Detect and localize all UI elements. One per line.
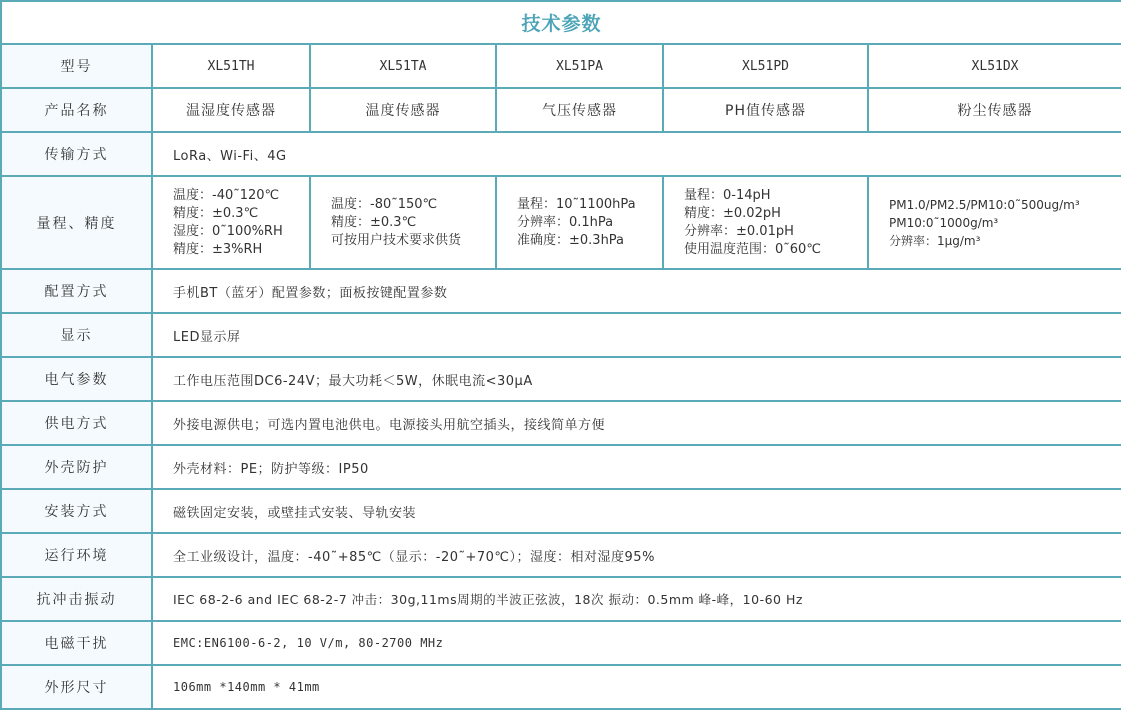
emi-value: EMC:EN6100-6-2, 10 V/m, 80-2700 MHz (152, 621, 1121, 665)
product-name-value: 温湿度传感器 (152, 88, 310, 132)
row-product-name: 产品名称 温湿度传感器 温度传感器 气压传感器 PH值传感器 粉尘传感器 (1, 88, 1121, 132)
range-line: 量程：10˜1100hPa (517, 196, 662, 214)
row-label-electrical: 电气参数 (1, 357, 152, 401)
row-range-accuracy: 量程、精度 温度：-40˜120℃ 精度：±0.3℃ 湿度：0˜100%RH 精… (1, 176, 1121, 269)
range-line: 精度：±0.02pH (684, 205, 867, 223)
row-config: 配置方式 手机BT（蓝牙）配置参数；面板按键配置参数 (1, 269, 1121, 313)
row-electrical: 电气参数 工作电压范围DC6-24V；最大功耗＜5W，休眠电流<30μA (1, 357, 1121, 401)
range-line: PM1.0/PM2.5/PM10:0˜500ug/m³ (889, 196, 1121, 214)
range-line: 湿度：0˜100%RH (173, 223, 309, 241)
row-transmission: 传输方式 LoRa、Wi-Fi、4G (1, 132, 1121, 176)
model-value: XL51TH (152, 44, 310, 88)
range-cell-xl51ta: 温度：-80˜150℃ 精度：±0.3℃ 可按用户技术要求供货 (310, 176, 496, 269)
range-line: 分辨率：1μg/m³ (889, 232, 1121, 250)
row-emi: 电磁干扰 EMC:EN6100-6-2, 10 V/m, 80-2700 MHz (1, 621, 1121, 665)
row-power: 供电方式 外接电源供电；可选内置电池供电。电源接头用航空插头，接线简单方便 (1, 401, 1121, 445)
row-dimensions: 外形尺寸 106mm *140mm * 41mm (1, 665, 1121, 709)
power-value: 外接电源供电；可选内置电池供电。电源接头用航空插头，接线简单方便 (152, 401, 1121, 445)
range-cell-xl51pd: 量程：0-14pH 精度：±0.02pH 分辨率：±0.01pH 使用温度范围：… (663, 176, 868, 269)
range-line: 温度：-80˜150℃ (331, 196, 495, 214)
config-value: 手机BT（蓝牙）配置参数；面板按键配置参数 (152, 269, 1121, 313)
row-label-display: 显示 (1, 313, 152, 357)
row-label-model: 型号 (1, 44, 152, 88)
display-value: LED显示屏 (152, 313, 1121, 357)
model-value: XL51TA (310, 44, 496, 88)
row-label-transmission: 传输方式 (1, 132, 152, 176)
range-line: 精度：±3%RH (173, 241, 309, 259)
range-line: 可按用户技术要求供货 (331, 232, 495, 250)
row-label-install: 安装方式 (1, 489, 152, 533)
spec-table: 技术参数 型号 XL51TH XL51TA XL51PA XL51PD XL51… (0, 0, 1121, 710)
row-label-emi: 电磁干扰 (1, 621, 152, 665)
product-name-value: 粉尘传感器 (868, 88, 1121, 132)
row-housing: 外壳防护 外壳材料：PE；防护等级：IP50 (1, 445, 1121, 489)
model-value: XL51DX (868, 44, 1121, 88)
row-label-power: 供电方式 (1, 401, 152, 445)
row-label-range-accuracy: 量程、精度 (1, 176, 152, 269)
range-line: 量程：0-14pH (684, 187, 867, 205)
range-line: 精度：±0.3℃ (331, 214, 495, 232)
row-label-product-name: 产品名称 (1, 88, 152, 132)
shock-value: IEC 68-2-6 and IEC 68-2-7 冲击：30g,11ms周期的… (152, 577, 1121, 621)
transmission-value: LoRa、Wi-Fi、4G (152, 132, 1121, 176)
model-value: XL51PA (496, 44, 663, 88)
range-line: 分辨率：0.1hPa (517, 214, 662, 232)
row-install: 安装方式 磁铁固定安装，或壁挂式安装、导轨安装 (1, 489, 1121, 533)
row-label-dimensions: 外形尺寸 (1, 665, 152, 709)
electrical-value: 工作电压范围DC6-24V；最大功耗＜5W，休眠电流<30μA (152, 357, 1121, 401)
range-line: 温度：-40˜120℃ (173, 187, 309, 205)
housing-value: 外壳材料：PE；防护等级：IP50 (152, 445, 1121, 489)
table-title: 技术参数 (1, 1, 1121, 44)
row-label-housing: 外壳防护 (1, 445, 152, 489)
range-cell-xl51dx: PM1.0/PM2.5/PM10:0˜500ug/m³ PM10:0˜1000g… (868, 176, 1121, 269)
product-name-value: 气压传感器 (496, 88, 663, 132)
range-line: PM10:0˜1000g/m³ (889, 214, 1121, 232)
row-display: 显示 LED显示屏 (1, 313, 1121, 357)
range-cell-xl51pa: 量程：10˜1100hPa 分辨率：0.1hPa 准确度：±0.3hPa (496, 176, 663, 269)
product-name-value: PH值传感器 (663, 88, 868, 132)
row-label-config: 配置方式 (1, 269, 152, 313)
range-line: 准确度：±0.3hPa (517, 232, 662, 250)
row-model: 型号 XL51TH XL51TA XL51PA XL51PD XL51DX (1, 44, 1121, 88)
row-shock: 抗冲击振动 IEC 68-2-6 and IEC 68-2-7 冲击：30g,1… (1, 577, 1121, 621)
row-environment: 运行环境 全工业级设计，温度：-40˜+85℃（显示：-20˜+70℃）；湿度：… (1, 533, 1121, 577)
range-line: 分辨率：±0.01pH (684, 223, 867, 241)
dimensions-value: 106mm *140mm * 41mm (152, 665, 1121, 709)
install-value: 磁铁固定安装，或壁挂式安装、导轨安装 (152, 489, 1121, 533)
model-value: XL51PD (663, 44, 868, 88)
range-cell-xl51th: 温度：-40˜120℃ 精度：±0.3℃ 湿度：0˜100%RH 精度：±3%R… (152, 176, 310, 269)
product-name-value: 温度传感器 (310, 88, 496, 132)
environment-value: 全工业级设计，温度：-40˜+85℃（显示：-20˜+70℃）；湿度：相对湿度9… (152, 533, 1121, 577)
range-line: 使用温度范围：0˜60℃ (684, 241, 867, 259)
title-row: 技术参数 (1, 1, 1121, 44)
row-label-shock: 抗冲击振动 (1, 577, 152, 621)
row-label-environment: 运行环境 (1, 533, 152, 577)
range-line: 精度：±0.3℃ (173, 205, 309, 223)
